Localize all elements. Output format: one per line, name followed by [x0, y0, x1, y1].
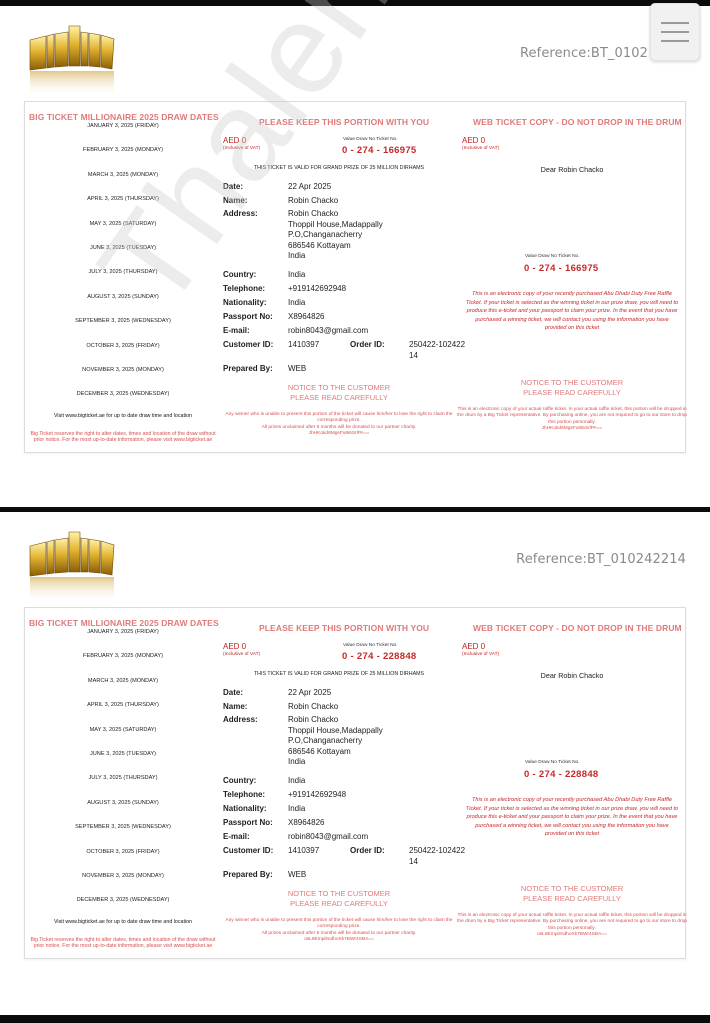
ticket-card: BIG TICKET MILLIONAIRE 2025 DRAW DATES J…: [24, 101, 686, 453]
notice-subheading: PLEASE READ CAREFULLY: [457, 388, 687, 398]
web-fine-print: This is an electronic copy of your actua…: [457, 407, 687, 433]
draw-dates-column: BIG TICKET MILLIONAIRE 2025 DRAW DATES J…: [25, 608, 221, 958]
draw-date-item: NOVEMBER 3, 2025 (MONDAY): [25, 367, 221, 391]
grand-prize-validity: THIS TICKET IS VALID FOR GRAND PRIZE OF …: [221, 671, 457, 677]
bottom-bar: [0, 1015, 710, 1023]
address-line: 686546 Kottayam: [288, 241, 383, 252]
address-label: Address:: [223, 715, 258, 724]
draw-date-item: JUNE 3, 2025 (TUESDAY): [25, 245, 221, 269]
fine-print-line: Any winner who is unable to present this…: [221, 918, 457, 931]
notice-subheading: PLEASE READ CAREFULLY: [221, 899, 457, 909]
draw-date-item: JUNE 3, 2025 (TUESDAY): [25, 751, 221, 775]
draw-date-item: MAY 3, 2025 (SATURDAY): [25, 221, 221, 245]
aed-amount: AED 0: [223, 642, 246, 651]
telephone-label: Telephone:: [223, 790, 265, 799]
reference-number: Reference:BT_010242214: [516, 552, 686, 567]
date-value: 22 Apr 2025: [288, 182, 331, 193]
draw-date-item: JULY 3, 2025 (THURSDAY): [25, 775, 221, 799]
aed-vat-note: (Inclusive of VAT): [223, 146, 260, 151]
address-line: India: [288, 757, 383, 768]
draw-date-item: OCTOBER 3, 2025 (FRIDAY): [25, 343, 221, 367]
name-label: Name:: [223, 702, 247, 711]
aed-amount: AED 0: [462, 642, 485, 651]
date-label: Date:: [223, 688, 243, 697]
passport-label: Passport No:: [223, 818, 273, 827]
draw-date-item: SEPTEMBER 3, 2025 (WEDNESDAY): [25, 318, 221, 342]
web-notice: NOTICE TO THE CUSTOMER PLEASE READ CAREF…: [457, 378, 687, 397]
ticket-hash: JhHKokd6MgsFu8i6SrlPA==: [221, 431, 457, 437]
keep-fine-print: Any winner who is unable to present this…: [221, 918, 457, 944]
nationality-label: Nationality:: [223, 804, 267, 813]
customer-id-value: 1410397: [288, 846, 319, 857]
fine-print-line: Any winner who is unable to present this…: [221, 412, 457, 425]
date-label: Date:: [223, 182, 243, 191]
ticket-page-1: Reference:BT_0102 BIG TICKET MILLIONAIRE…: [0, 6, 710, 506]
big-ticket-logo: [26, 528, 118, 606]
draw-dates-note: Big Ticket reserves the right to alter d…: [27, 937, 219, 950]
grand-prize-validity: THIS TICKET IS VALID FOR GRAND PRIZE OF …: [221, 165, 457, 171]
prepared-by-label: Prepared By:: [223, 364, 273, 373]
telephone-label: Telephone:: [223, 284, 265, 293]
draw-dates-column: BIG TICKET MILLIONAIRE 2025 DRAW DATES J…: [25, 102, 221, 452]
aed-vat-note: (Inclusive of VAT): [462, 146, 499, 151]
address-line: India: [288, 251, 383, 262]
address-line: P.O,Changanacherry: [288, 736, 383, 747]
big-ticket-logo: [26, 22, 118, 100]
greeting: Dear Robin Chacko: [457, 165, 687, 174]
electronic-copy-notice: This is an electronic copy of your recen…: [465, 796, 679, 839]
email-value: robin8043@gmail.com: [288, 832, 368, 843]
keep-portion-title: PLEASE KEEP THIS PORTION WITH YOU: [259, 117, 429, 127]
value-draw-ticket-labels: Value Draw No Ticket No.: [343, 643, 398, 648]
fine-print-line: This is an electronic copy of your actua…: [457, 913, 687, 932]
draw-date-item: MAY 3, 2025 (SATURDAY): [25, 727, 221, 751]
customer-id-label: Customer ID:: [223, 340, 273, 349]
hamburger-icon-line: [661, 31, 689, 33]
web-copy-column: WEB TICKET COPY - DO NOT DROP IN THE DRU…: [457, 102, 687, 452]
draw-date-item: MARCH 3, 2025 (MONDAY): [25, 172, 221, 196]
nationality-value: India: [288, 298, 305, 309]
draw-dates-note: Big Ticket reserves the right to alter d…: [27, 431, 219, 444]
draw-dates-title: BIG TICKET MILLIONAIRE 2025 DRAW DATES: [29, 112, 219, 122]
draw-date-item: AUGUST 3, 2025 (SUNDAY): [25, 294, 221, 318]
country-value: India: [288, 270, 305, 281]
address-line: Thoppil House,Madappally: [288, 726, 383, 737]
passport-value: X8964826: [288, 312, 324, 323]
address-line: P.O,Changanacherry: [288, 230, 383, 241]
ticket-card: BIG TICKET MILLIONAIRE 2025 DRAW DATES J…: [24, 607, 686, 959]
order-id-label: Order ID:: [350, 340, 385, 349]
draw-date-item: OCTOBER 3, 2025 (FRIDAY): [25, 849, 221, 873]
aed-vat-note: (Inclusive of VAT): [462, 652, 499, 657]
keep-portion-column: PLEASE KEEP THIS PORTION WITH YOU AED 0 …: [221, 102, 457, 452]
value-draw-ticket-labels: Value Draw No Ticket No.: [343, 137, 398, 142]
notice-subheading: PLEASE READ CAREFULLY: [457, 894, 687, 904]
ticket-number: 0 - 274 - 228848: [524, 769, 599, 780]
prepared-by-value: WEB: [288, 364, 306, 375]
notice-subheading: PLEASE READ CAREFULLY: [221, 393, 457, 403]
country-value: India: [288, 776, 305, 787]
address-line: 686546 Kottayam: [288, 747, 383, 758]
date-value: 22 Apr 2025: [288, 688, 331, 699]
value-draw-ticket-labels: Value Draw No Ticket No.: [525, 760, 580, 765]
email-value: robin8043@gmail.com: [288, 326, 368, 337]
hamburger-icon-line: [661, 40, 689, 42]
passport-value: X8964826: [288, 818, 324, 829]
ticket-hash: osL8EmpilmdhoXk7BWr4SBA==: [457, 932, 687, 938]
address-line: Robin Chacko: [288, 715, 383, 726]
keep-notice: NOTICE TO THE CUSTOMER PLEASE READ CAREF…: [221, 383, 457, 402]
telephone-value: +919142692948: [288, 284, 346, 295]
ticket-page-2: Reference:BT_010242214 BIG TICKET MILLIO…: [0, 512, 710, 1012]
name-label: Name:: [223, 196, 247, 205]
web-fine-print: This is an electronic copy of your actua…: [457, 913, 687, 939]
reference-number: Reference:BT_0102: [520, 46, 648, 61]
address-label: Address:: [223, 209, 258, 218]
aed-amount: AED 0: [223, 136, 246, 145]
visit-website-text: Visit www.bigticket.ae for up to date dr…: [25, 413, 221, 419]
notice-heading: NOTICE TO THE CUSTOMER: [457, 378, 687, 388]
notice-heading: NOTICE TO THE CUSTOMER: [457, 884, 687, 894]
ticket-number: 0 - 274 - 166975: [342, 145, 417, 156]
notice-heading: NOTICE TO THE CUSTOMER: [221, 383, 457, 393]
address-value: Robin Chacko Thoppil House,Madappally P.…: [288, 209, 383, 262]
nationality-value: India: [288, 804, 305, 815]
greeting: Dear Robin Chacko: [457, 671, 687, 680]
draw-date-item: SEPTEMBER 3, 2025 (WEDNESDAY): [25, 824, 221, 848]
email-label: E-mail:: [223, 326, 250, 335]
address-line: Robin Chacko: [288, 209, 383, 220]
country-label: Country:: [223, 776, 256, 785]
draw-dates-title: BIG TICKET MILLIONAIRE 2025 DRAW DATES: [29, 618, 219, 628]
nationality-label: Nationality:: [223, 298, 267, 307]
name-value: Robin Chacko: [288, 702, 338, 713]
fine-print-line: This is an electronic copy of your actua…: [457, 407, 687, 426]
draw-date-item: JANUARY 3, 2025 (FRIDAY): [25, 123, 221, 147]
keep-fine-print: Any winner who is unable to present this…: [221, 412, 457, 438]
keep-notice: NOTICE TO THE CUSTOMER PLEASE READ CAREF…: [221, 889, 457, 908]
electronic-copy-notice: This is an electronic copy of your recen…: [465, 290, 679, 333]
ticket-number: 0 - 274 - 166975: [524, 263, 599, 274]
aed-vat-note: (Inclusive of VAT): [223, 652, 260, 657]
prepared-by-label: Prepared By:: [223, 870, 273, 879]
customer-id-value: 1410397: [288, 340, 319, 351]
address-value: Robin Chacko Thoppil House,Madappally P.…: [288, 715, 383, 768]
notice-heading: NOTICE TO THE CUSTOMER: [221, 889, 457, 899]
web-copy-column: WEB TICKET COPY - DO NOT DROP IN THE DRU…: [457, 608, 687, 958]
draw-date-item: FEBRUARY 3, 2025 (MONDAY): [25, 147, 221, 171]
draw-date-item: AUGUST 3, 2025 (SUNDAY): [25, 800, 221, 824]
draw-date-item: APRIL 3, 2025 (THURSDAY): [25, 702, 221, 726]
hamburger-icon-line: [661, 22, 689, 24]
keep-portion-column: PLEASE KEEP THIS PORTION WITH YOU AED 0 …: [221, 608, 457, 958]
aed-amount: AED 0: [462, 136, 485, 145]
email-label: E-mail:: [223, 832, 250, 841]
draw-date-item: NOVEMBER 3, 2025 (MONDAY): [25, 873, 221, 897]
draw-date-item: JULY 3, 2025 (THURSDAY): [25, 269, 221, 293]
ticket-hash: JhHKokd6MgsFu8i6SrlPA==: [457, 426, 687, 432]
web-copy-title: WEB TICKET COPY - DO NOT DROP IN THE DRU…: [473, 623, 682, 633]
web-copy-title: WEB TICKET COPY - DO NOT DROP IN THE DRU…: [473, 117, 682, 127]
customer-id-label: Customer ID:: [223, 846, 273, 855]
web-notice: NOTICE TO THE CUSTOMER PLEASE READ CAREF…: [457, 884, 687, 903]
menu-button[interactable]: [650, 3, 700, 61]
keep-portion-title: PLEASE KEEP THIS PORTION WITH YOU: [259, 623, 429, 633]
draw-date-item: JANUARY 3, 2025 (FRIDAY): [25, 629, 221, 653]
ticket-hash: osL8EmpilmdhoXk7BWr4SBA==: [221, 937, 457, 943]
name-value: Robin Chacko: [288, 196, 338, 207]
prepared-by-value: WEB: [288, 870, 306, 881]
ticket-number: 0 - 274 - 228848: [342, 651, 417, 662]
draw-dates-list: JANUARY 3, 2025 (FRIDAY)FEBRUARY 3, 2025…: [25, 629, 221, 922]
value-draw-ticket-labels: Value Draw No Ticket No.: [525, 254, 580, 259]
passport-label: Passport No:: [223, 312, 273, 321]
country-label: Country:: [223, 270, 256, 279]
draw-date-item: MARCH 3, 2025 (MONDAY): [25, 678, 221, 702]
visit-website-text: Visit www.bigticket.ae for up to date dr…: [25, 919, 221, 925]
order-id-label: Order ID:: [350, 846, 385, 855]
telephone-value: +919142692948: [288, 790, 346, 801]
draw-dates-list: JANUARY 3, 2025 (FRIDAY)FEBRUARY 3, 2025…: [25, 123, 221, 416]
draw-date-item: FEBRUARY 3, 2025 (MONDAY): [25, 653, 221, 677]
draw-date-item: APRIL 3, 2025 (THURSDAY): [25, 196, 221, 220]
address-line: Thoppil House,Madappally: [288, 220, 383, 231]
